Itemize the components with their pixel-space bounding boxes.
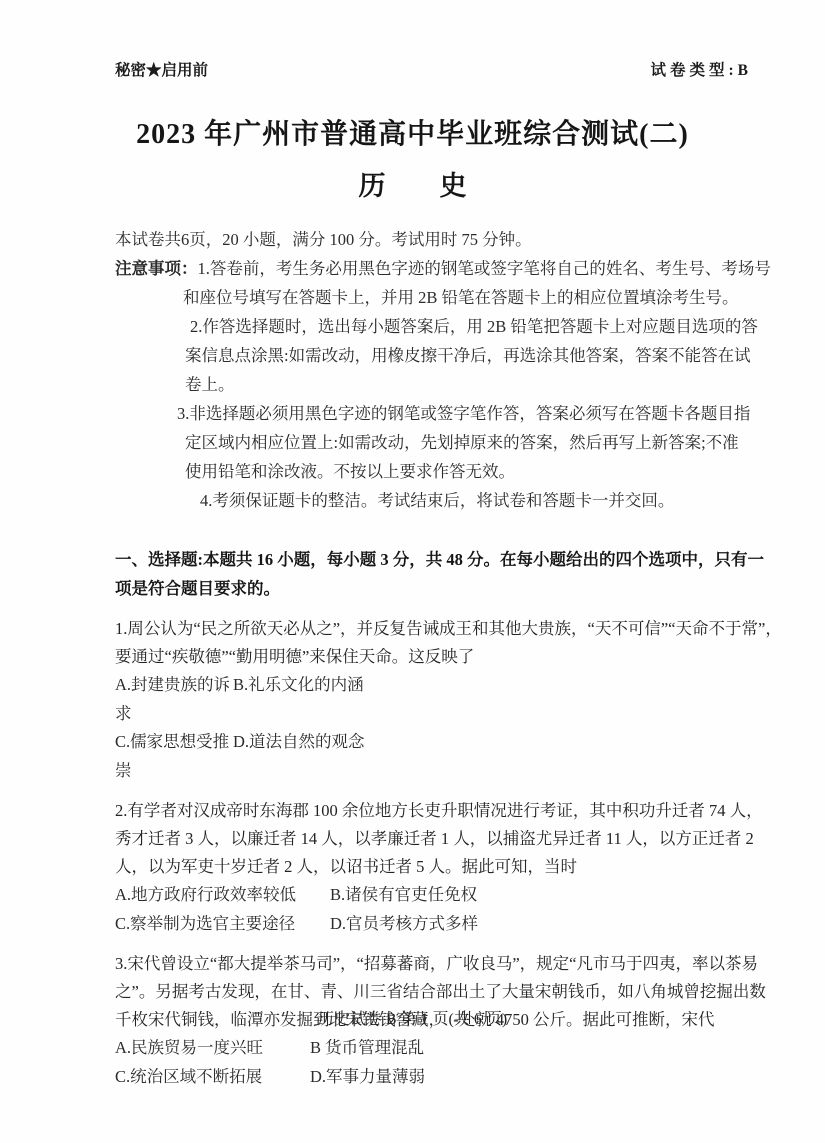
notice-item3-line2: 定区域内相应位置上:如需改动，先划掉原来的答案，然后再写上新答案;不准 xyxy=(185,428,715,457)
question-3-option-c: C.统治区域不断拓展 xyxy=(115,1063,310,1092)
page-header: 秘密★启用前 试卷类型:B xyxy=(0,0,825,80)
question-2-options-row2: C.察举制为选官主要途径 D.官员考核方式多样 xyxy=(115,910,715,939)
exam-info: 本试卷共6页，20 小题，满分 100 分。考试用时 75 分钟。 xyxy=(115,225,715,254)
question-1-option-a: A.封建贵族的诉求 xyxy=(115,671,233,728)
question-2-option-a: A.地方政府行政效率较低 xyxy=(115,881,330,910)
question-2-stem-line3: 人，以为军吏十岁迁者 2 人，以诏书迁者 5 人。据此可知，当时 xyxy=(115,853,715,881)
exam-title: 2023 年广州市普通高中毕业班综合测试(二) xyxy=(0,112,825,152)
notice-item2-line3: 卷上。 xyxy=(185,370,715,399)
question-3-option-d: D.军事力量薄弱 xyxy=(310,1063,425,1092)
section-heading: 一、选择题:本题共 16 小题，每小题 3 分，共 48 分。在每小题给出的四个… xyxy=(115,545,715,603)
question-3-option-b: B 货币管理混乱 xyxy=(310,1034,424,1063)
question-3-options-row1: A.民族贸易一度兴旺 B 货币管理混乱 xyxy=(115,1034,715,1063)
question-2: 2.有学者对汉成帝时东海郡 100 余位地方长吏升职情况进行考证，其中积功升迁者… xyxy=(115,797,715,938)
question-1-options-row2: C.儒家思想受推崇 D.道法自然的观念 xyxy=(115,728,715,785)
exam-paper-page: 秘密★启用前 试卷类型:B 2023 年广州市普通高中毕业班综合测试(二) 历 … xyxy=(0,0,825,1143)
notice-item2-line1: 2.作答选择题时，选出每小题答案后，用 2B 铅笔把答题卡上对应题目选项的答 xyxy=(190,312,715,341)
question-3-options-row2: C.统治区域不断拓展 D.军事力量薄弱 xyxy=(115,1063,715,1092)
question-1-option-d: D.道法自然的观念 xyxy=(233,728,365,785)
question-3-stem-line1: 3.宋代曾设立“都大提举茶马司”，“招募蕃商，广收良马”，规定“凡市马于四夷，率… xyxy=(115,950,715,978)
paper-type: 试卷类型:B xyxy=(650,58,752,80)
page-footer: 历史试卷 B 第 1 页(共 6 页) xyxy=(0,1006,825,1029)
notice-block: 注意事项： 1.答卷前，考生务必用黑色字迹的钢笔或签字笔将自己的姓名、考生号、考… xyxy=(115,254,715,515)
question-1-options-row1: A.封建贵族的诉求 B.礼乐文化的内涵 xyxy=(115,671,715,728)
notice-item3-line3: 使用铅笔和涂改液。不按以上要求作答无效。 xyxy=(185,457,715,486)
question-2-option-b: B.诸侯有官吏任免权 xyxy=(330,881,477,910)
section-heading-line1: 一、选择题:本题共 16 小题，每小题 3 分，共 48 分。在每小题给出的四个… xyxy=(115,545,715,574)
question-1-stem-line1: 1.周公认为“民之所欲天必从之”，并反复告诫成王和其他大贵族，“天不可信”“天命… xyxy=(115,615,715,643)
security-classification: 秘密★启用前 xyxy=(115,58,208,80)
section-heading-line2: 项是符合题目要求的。 xyxy=(115,574,715,603)
notice-item3-line1: 3.非选择题必须用黑色字迹的钢笔或签字笔作答，答案必须写在答题卡各题目指 xyxy=(177,399,715,428)
notice-item1-line2: 和座位号填写在答题卡上，并用 2B 铅笔在答题卡上的相应位置填涂考生号。 xyxy=(183,283,715,312)
question-2-stem-line2: 秀才迁者 3 人，以廉迁者 14 人，以孝廉迁者 1 人，以捕盗尤异迁者 11 … xyxy=(115,825,715,853)
question-1: 1.周公认为“民之所欲天必从之”，并反复告诫成王和其他大贵族，“天不可信”“天命… xyxy=(115,615,715,785)
question-2-stem-line1: 2.有学者对汉成帝时东海郡 100 余位地方长吏升职情况进行考证，其中积功升迁者… xyxy=(115,797,715,825)
notice-item4: 4.考须保证题卡的整洁。考试结束后，将试卷和答题卡一并交回。 xyxy=(200,486,715,515)
question-3-stem-line2: 之”。另据考古发现，在甘、青、川三省结合部出土了大量宋朝钱币，如八角城曾挖掘出数 xyxy=(115,978,715,1006)
notice-row-1: 注意事项： 1.答卷前，考生务必用黑色字迹的钢笔或签字笔将自己的姓名、考生号、考… xyxy=(115,254,715,283)
question-1-option-b: B.礼乐文化的内涵 xyxy=(233,671,364,728)
question-3-option-a: A.民族贸易一度兴旺 xyxy=(115,1034,310,1063)
question-2-option-d: D.官员考核方式多样 xyxy=(330,910,478,939)
notice-item1-line1: 1.答卷前，考生务必用黑色字迹的钢笔或签字笔将自己的姓名、考生号、考场号 xyxy=(198,254,771,283)
question-2-option-c: C.察举制为选官主要途径 xyxy=(115,910,330,939)
notice-label: 注意事项： xyxy=(115,254,198,283)
question-2-options-row1: A.地方政府行政效率较低 B.诸侯有官吏任免权 xyxy=(115,881,715,910)
question-1-stem-line2: 要通过“疾敬德”“勤用明德”来保住天命。这反映了 xyxy=(115,643,715,671)
notice-item2-line2: 案信息点涂黑:如需改动，用橡皮擦干净后，再选涂其他答案，答案不能答在试 xyxy=(185,341,715,370)
page-body: 本试卷共6页，20 小题，满分 100 分。考试用时 75 分钟。 注意事项： … xyxy=(115,225,715,1091)
question-1-option-c: C.儒家思想受推崇 xyxy=(115,728,233,785)
subject-title: 历 史 xyxy=(0,164,825,203)
